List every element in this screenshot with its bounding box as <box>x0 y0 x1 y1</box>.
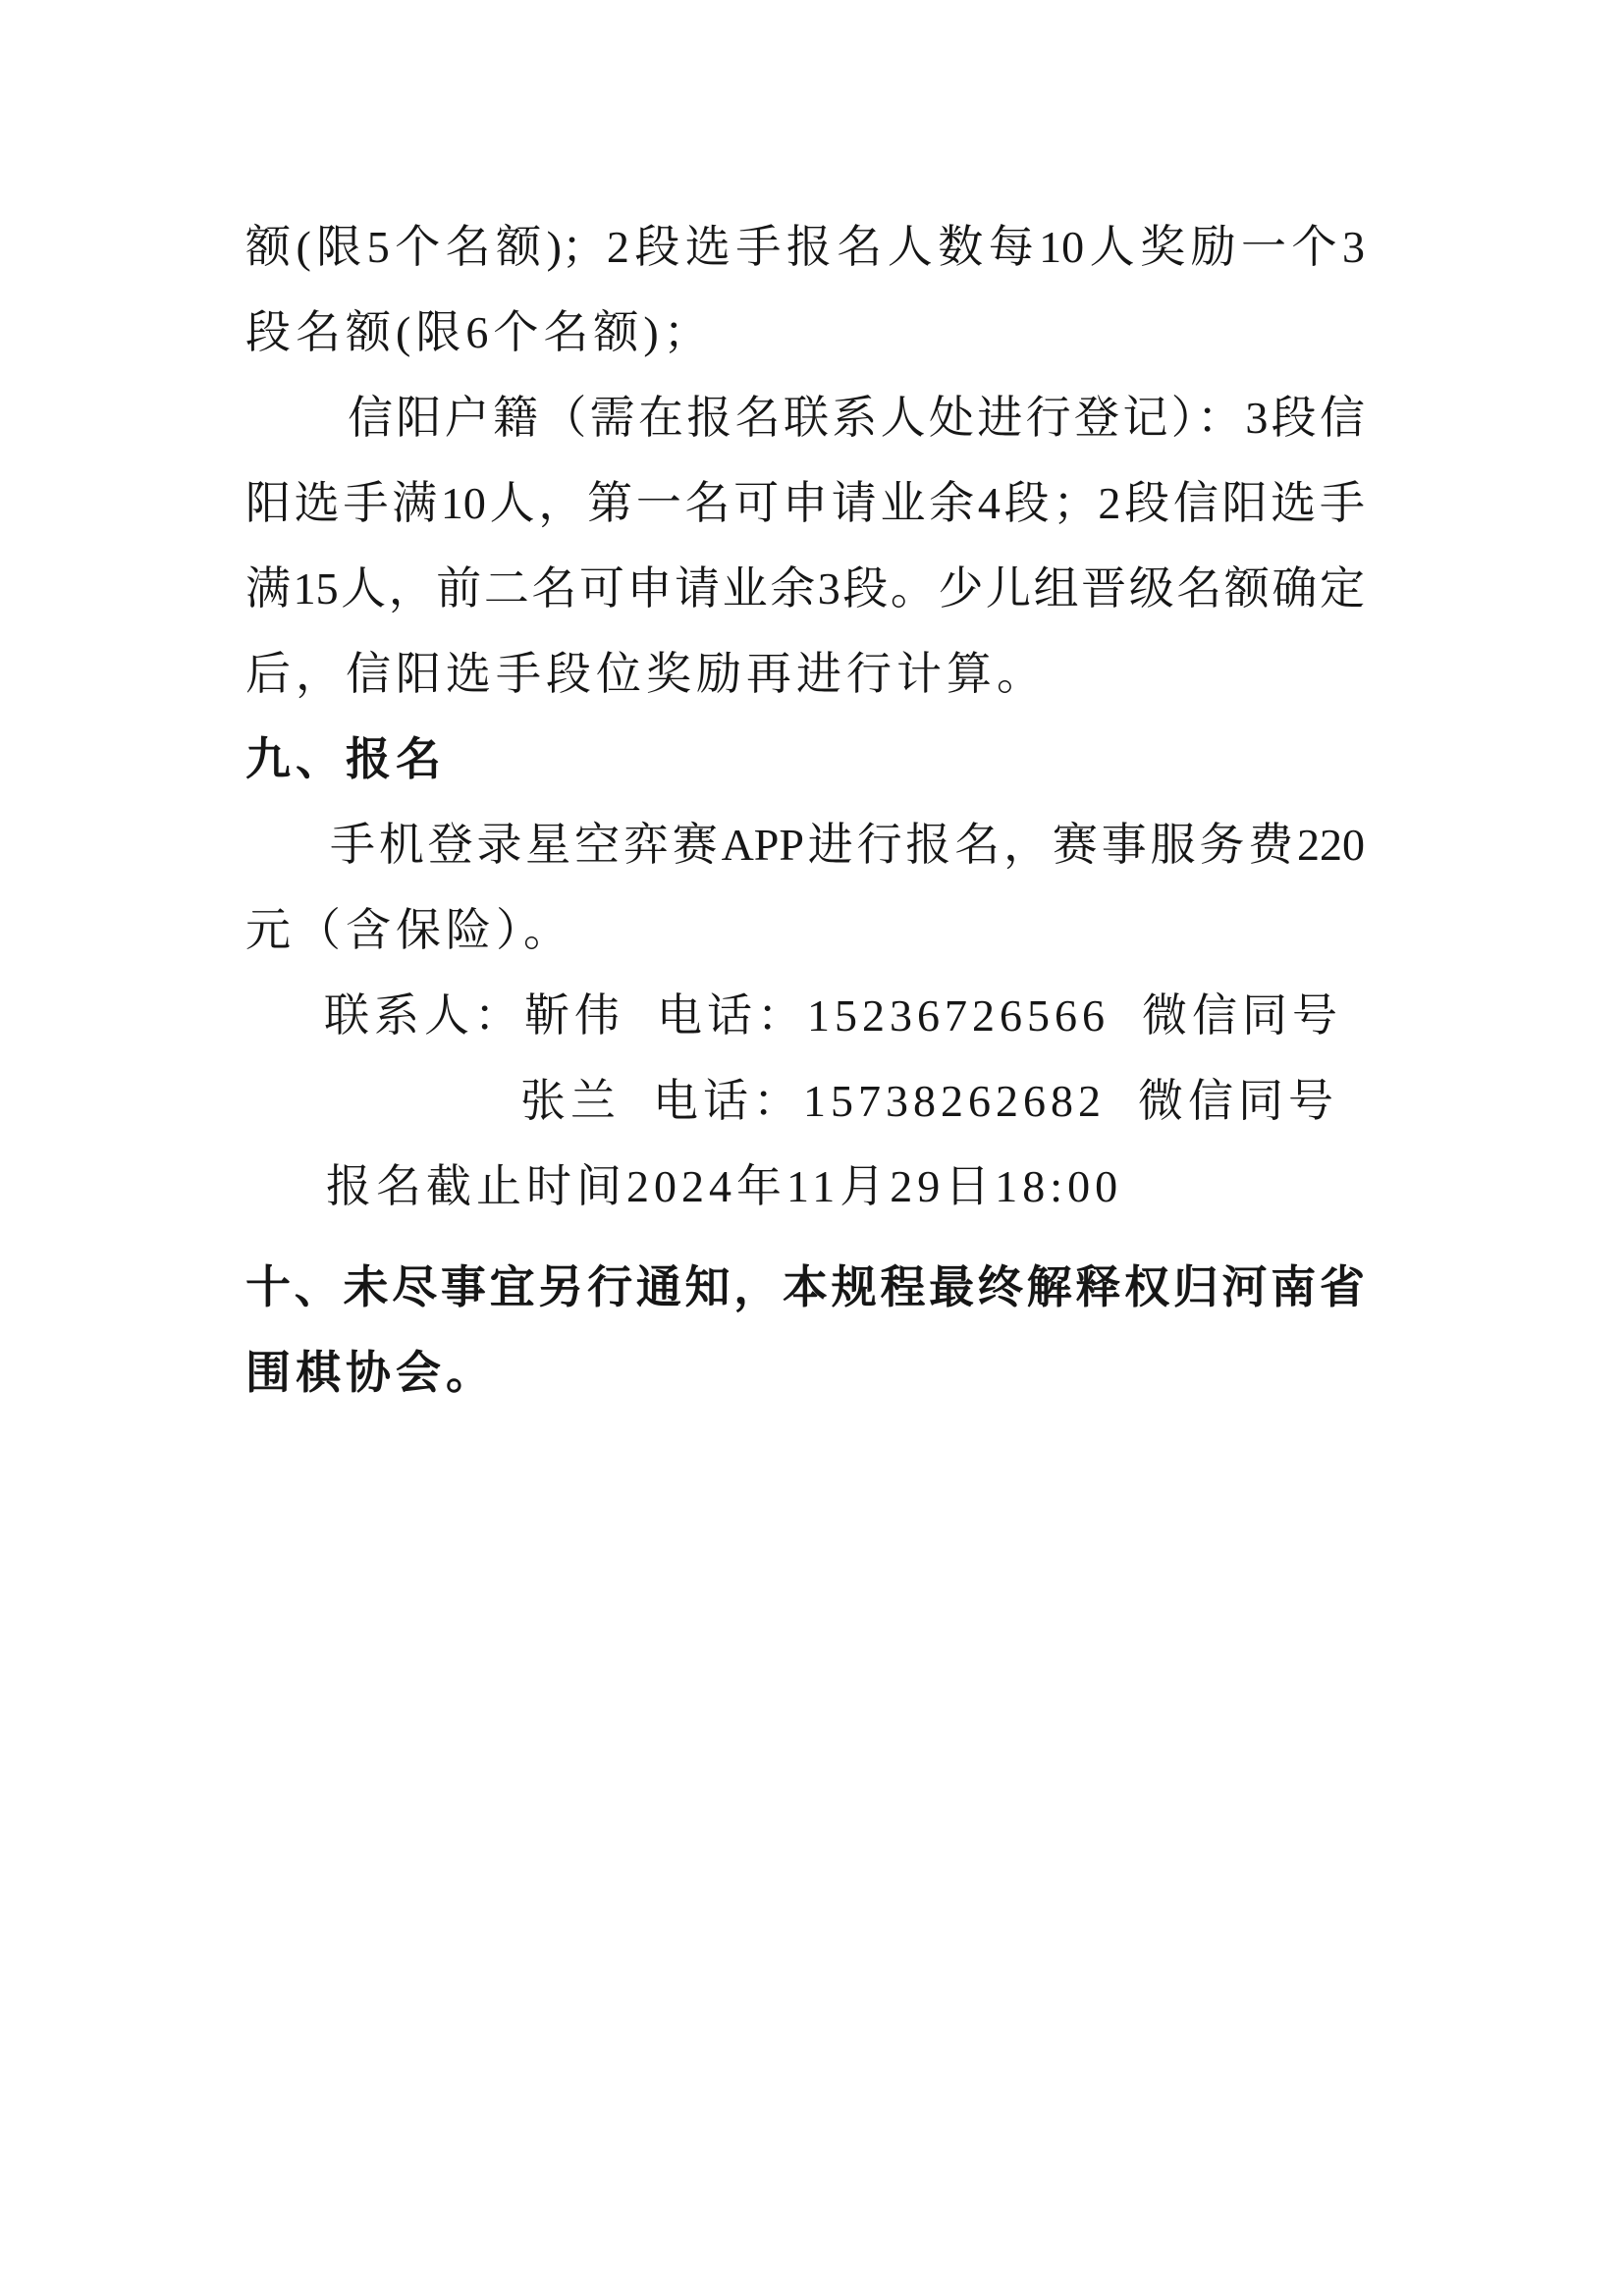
text-line: 元（含保险）。 <box>245 887 1365 973</box>
text-line: 张兰 电话：15738262682 微信同号 <box>245 1058 1365 1144</box>
text-line: 十、未尽事宜另行通知，本规程最终解释权归河南省 <box>245 1245 1365 1330</box>
text-line: 段名额(限6个名额)； <box>245 290 1365 375</box>
text-line: 满15人，前二名可申请业余3段。少儿组晋级名额确定 <box>245 546 1365 631</box>
text-line: 额(限5个名额)；2段选手报名人数每10人奖励一个3 <box>245 204 1365 290</box>
text-line: 联系人：靳伟 电话：15236726566 微信同号 <box>245 973 1365 1058</box>
text-line: 围棋协会。 <box>245 1330 1365 1415</box>
text-line: 手机登录星空弈赛APP进行报名，赛事服务费220 <box>245 802 1365 887</box>
text-line: 九、报名 <box>245 717 1365 802</box>
document-page: 额(限5个名额)；2段选手报名人数每10人奖励一个3段名额(限6个名额)；信阳户… <box>0 0 1624 2296</box>
text-line: 后，信阳选手段位奖励再进行计算。 <box>245 631 1365 717</box>
text-line: 阳选手满10人，第一名可申请业余4段；2段信阳选手 <box>245 460 1365 546</box>
text-line: 报名截止时间2024年11月29日18:00 <box>245 1144 1365 1229</box>
document-body: 额(限5个名额)；2段选手报名人数每10人奖励一个3段名额(限6个名额)；信阳户… <box>245 204 1365 1415</box>
text-line: 信阳户籍（需在报名联系人处进行登记）：3段信 <box>245 375 1365 460</box>
